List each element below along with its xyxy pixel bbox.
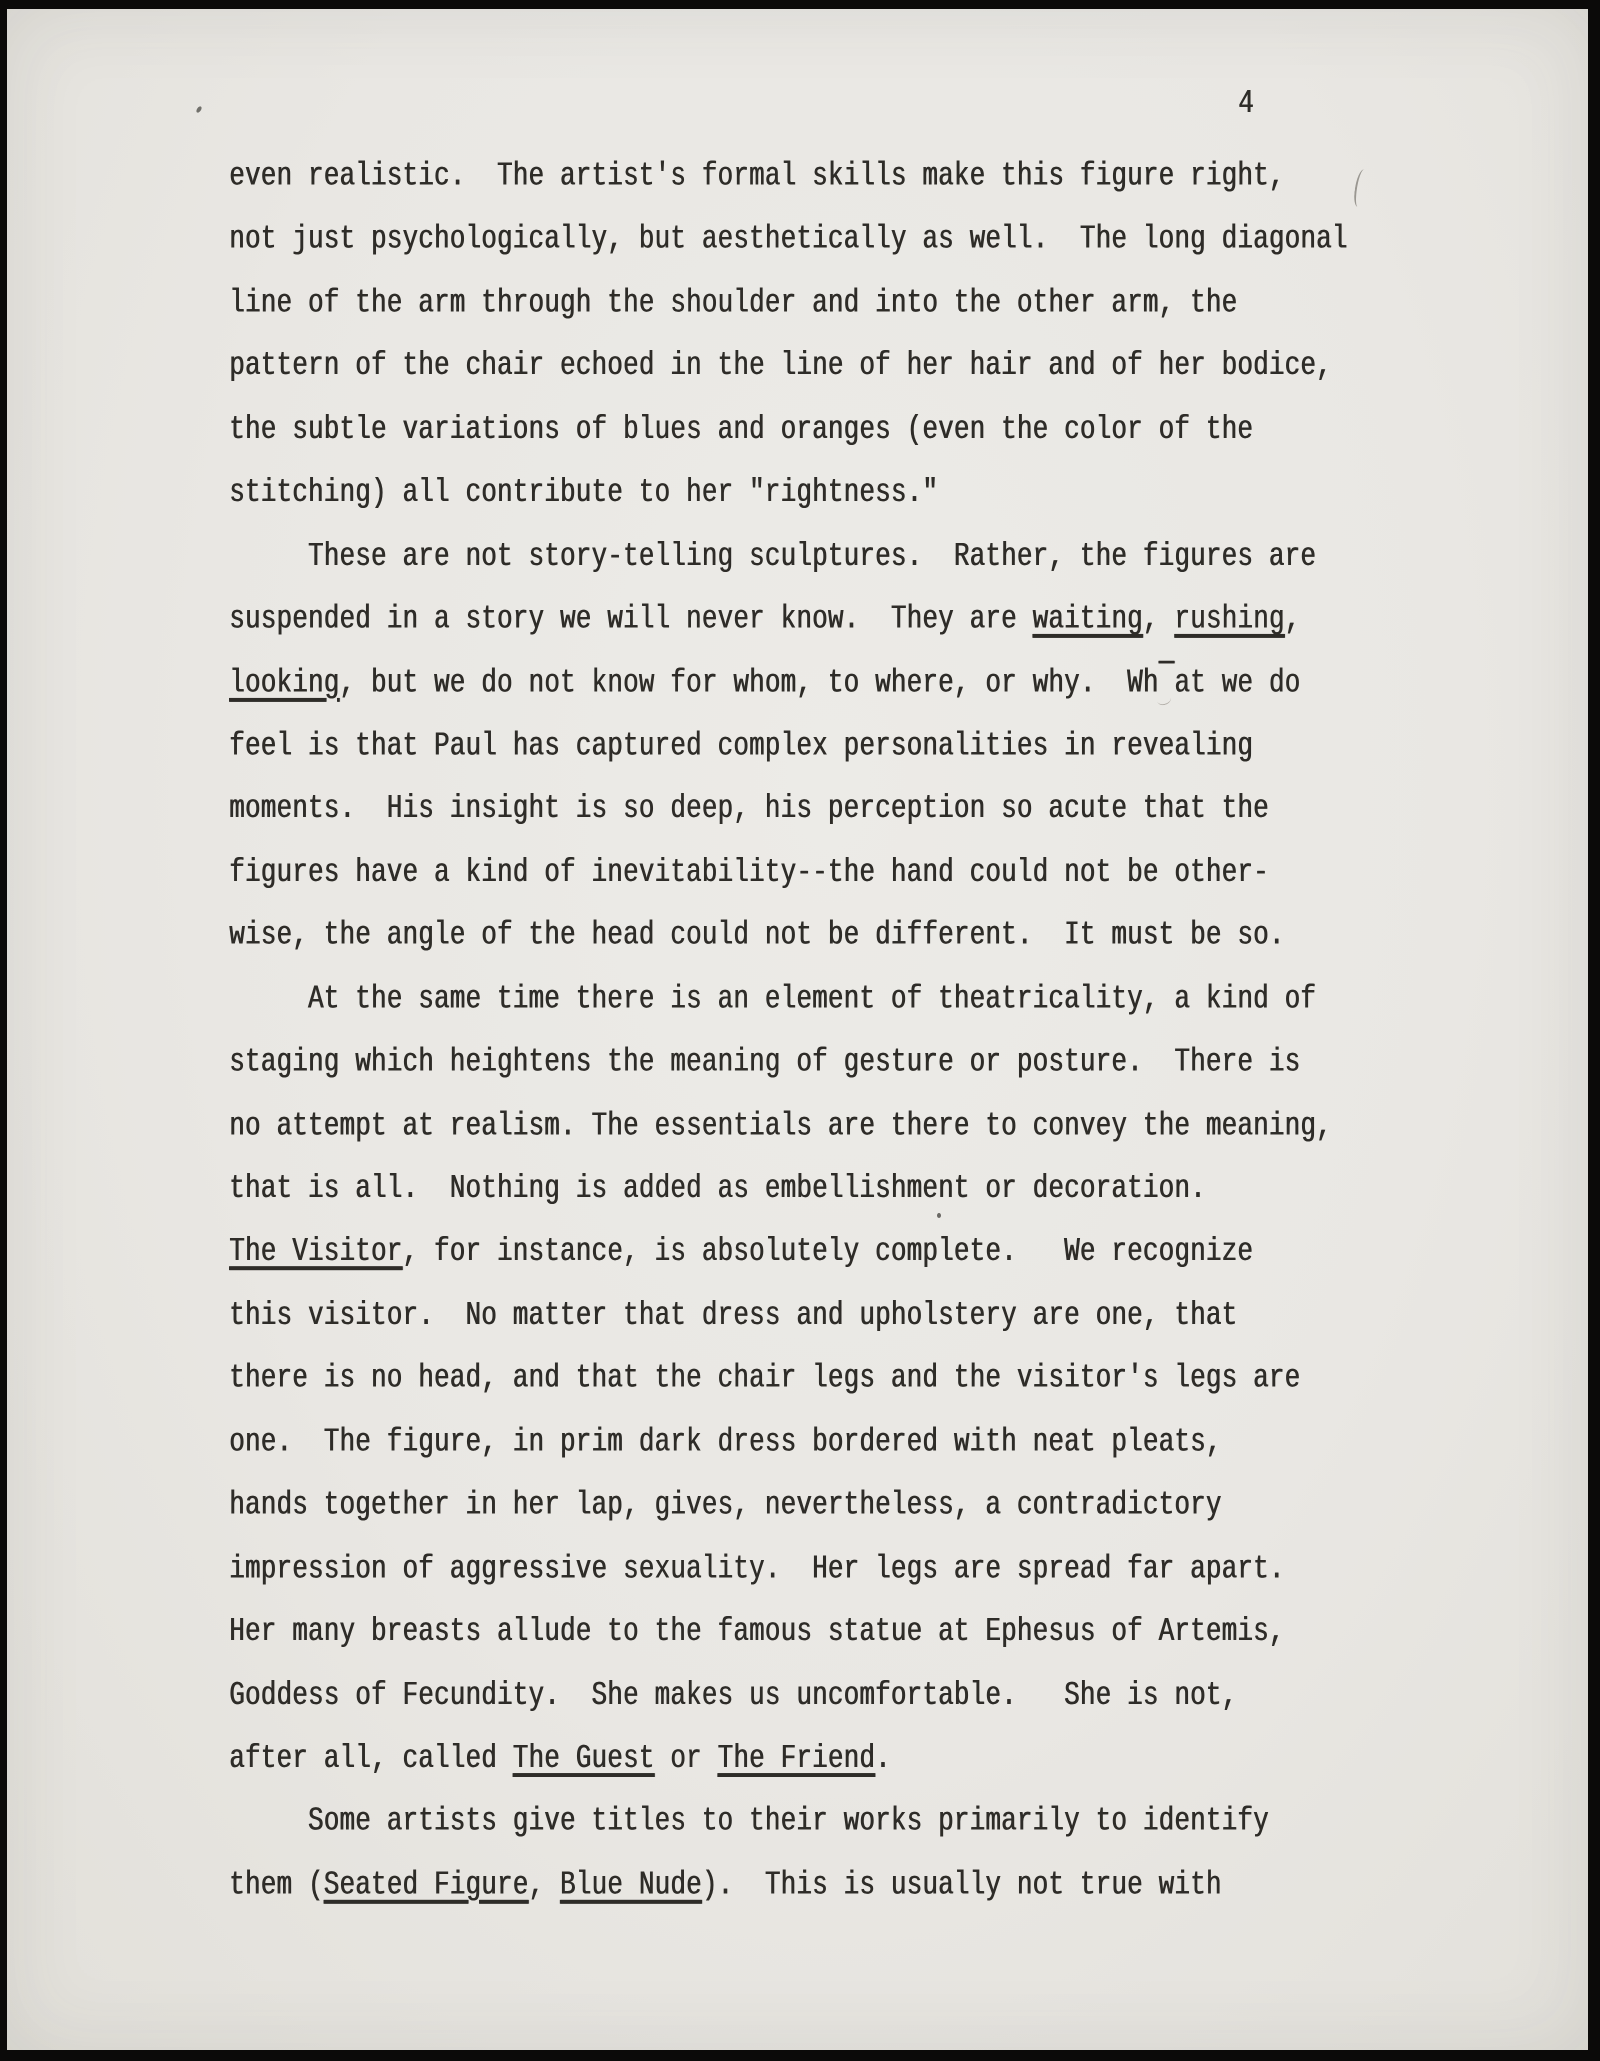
underlined-title: rushing xyxy=(1174,599,1284,637)
text-line: Some artists give titles to their works … xyxy=(229,1790,1347,1853)
text-line: even realistic. The artist's formal skil… xyxy=(229,145,1347,208)
underlined-title: waiting xyxy=(1032,599,1142,637)
text-segment: stitching) all contribute to her "rightn… xyxy=(229,473,938,511)
text-segment: the subtle variations of blues and orang… xyxy=(229,410,1253,448)
text-segment: this visitor. No matter that dress and u… xyxy=(229,1296,1237,1334)
text-segment: Some artists give titles to their works … xyxy=(229,1802,1269,1840)
text-segment: line of the arm through the shoulder and… xyxy=(229,283,1237,321)
text-segment: no attempt at realism. The essentials ar… xyxy=(229,1106,1332,1144)
scan-scratch xyxy=(1353,168,1370,207)
text-segment: pattern of the chair echoed in the line … xyxy=(229,346,1332,384)
text-line: looking, but we do not know for whom, to… xyxy=(229,651,1347,714)
text-line: stitching) all contribute to her "rightn… xyxy=(229,461,1347,524)
text-segment: At the same time there is an element of … xyxy=(229,979,1316,1017)
text-line: The Visitor, for instance, is absolutely… xyxy=(229,1221,1347,1284)
text-line: there is no head, and that the chair leg… xyxy=(229,1347,1347,1410)
text-segment: impression of aggressive sexuality. Her … xyxy=(229,1549,1284,1587)
text-line: staging which heightens the meaning of g… xyxy=(229,1031,1347,1094)
underlined-title: The Guest xyxy=(513,1739,655,1777)
text-segment: feel is that Paul has captured complex p… xyxy=(229,726,1253,764)
text-segment: , xyxy=(1284,599,1300,637)
text-line: one. The figure, in prim dark dress bord… xyxy=(229,1411,1347,1474)
underlined-title: The Friend xyxy=(717,1739,875,1777)
text-segment: one. The figure, in prim dark dress bord… xyxy=(229,1422,1221,1460)
text-line: figures have a kind of inevitability--th… xyxy=(229,841,1347,904)
scan-background: { "colors": { "paper": "#e9e7e3", "ink":… xyxy=(0,0,1600,2061)
document-text: even realistic. The artist's formal skil… xyxy=(229,145,1347,1917)
text-line: feel is that Paul has captured complex p… xyxy=(229,715,1347,778)
page-number: 4 xyxy=(1238,84,1254,122)
text-segment: not just psychologically, but aesthetica… xyxy=(229,220,1347,258)
text-line: wise, the angle of the head could not be… xyxy=(229,904,1347,967)
scan-speck xyxy=(937,1213,941,1218)
text-line: this visitor. No matter that dress and u… xyxy=(229,1284,1347,1347)
underlined-title: Blue Nude xyxy=(560,1865,702,1903)
text-line: impression of aggressive sexuality. Her … xyxy=(229,1537,1347,1600)
text-line: them (Seated Figure, Blue Nude). This is… xyxy=(229,1854,1347,1917)
text-line: These are not story-telling sculptures. … xyxy=(229,525,1347,588)
text-line: At the same time there is an element of … xyxy=(229,968,1347,1031)
text-segment: These are not story-telling sculptures. … xyxy=(229,536,1316,574)
text-line: line of the arm through the shoulder and… xyxy=(229,272,1347,335)
text-segment: Goddess of Fecundity. She makes us uncom… xyxy=(229,1675,1237,1713)
text-segment: moments. His insight is so deep, his per… xyxy=(229,789,1269,827)
text-segment: at we do xyxy=(1174,663,1300,701)
underlined-title: Seated Figure xyxy=(324,1865,529,1903)
text-segment: , but we do not know for whom, to where,… xyxy=(339,663,1158,701)
text-line: after all, called The Guest or The Frien… xyxy=(229,1727,1347,1790)
text-line: Her many breasts allude to the famous st… xyxy=(229,1600,1347,1663)
text-line: suspended in a story we will never know.… xyxy=(229,588,1347,651)
text-line: the subtle variations of blues and orang… xyxy=(229,398,1347,461)
text-segment: . xyxy=(875,1739,891,1777)
text-segment: staging which heightens the meaning of g… xyxy=(229,1042,1300,1080)
text-segment: even realistic. The artist's formal skil… xyxy=(229,157,1284,195)
underlined-title: The Visitor xyxy=(229,1232,402,1270)
scan-speck xyxy=(195,105,202,113)
text-segment: figures have a kind of inevitability--th… xyxy=(229,853,1269,891)
text-segment: , xyxy=(528,1865,560,1903)
text-segment: , for instance, is absolutely complete. … xyxy=(402,1232,1253,1270)
text-segment: there is no head, and that the chair leg… xyxy=(229,1359,1300,1397)
text-segment: wise, the angle of the head could not be… xyxy=(229,916,1284,954)
text-line: no attempt at realism. The essentials ar… xyxy=(229,1094,1347,1157)
text-line: that is all. Nothing is added as embelli… xyxy=(229,1157,1347,1220)
text-line: moments. His insight is so deep, his per… xyxy=(229,778,1347,841)
text-segment: them ( xyxy=(229,1865,324,1903)
text-segment: hands together in her lap, gives, nevert… xyxy=(229,1485,1221,1523)
text-segment: suspended in a story we will never know.… xyxy=(229,599,1032,637)
text-line: not just psychologically, but aesthetica… xyxy=(229,208,1347,271)
text-line: pattern of the chair echoed in the line … xyxy=(229,335,1347,398)
text-segment: , xyxy=(1143,599,1175,637)
text-line: hands together in her lap, gives, nevert… xyxy=(229,1474,1347,1537)
text-line: Goddess of Fecundity. She makes us uncom… xyxy=(229,1664,1347,1727)
underlined-title: looking xyxy=(229,663,339,701)
text-segment: Her many breasts allude to the famous st… xyxy=(229,1612,1284,1650)
text-segment: or xyxy=(654,1739,717,1777)
document-page: 4 even realistic. The artist's formal sk… xyxy=(7,9,1588,2050)
text-segment: that is all. Nothing is added as embelli… xyxy=(229,1169,1206,1207)
text-segment: ). This is usually not true with xyxy=(702,1865,1222,1903)
text-segment: after all, called xyxy=(229,1739,513,1777)
